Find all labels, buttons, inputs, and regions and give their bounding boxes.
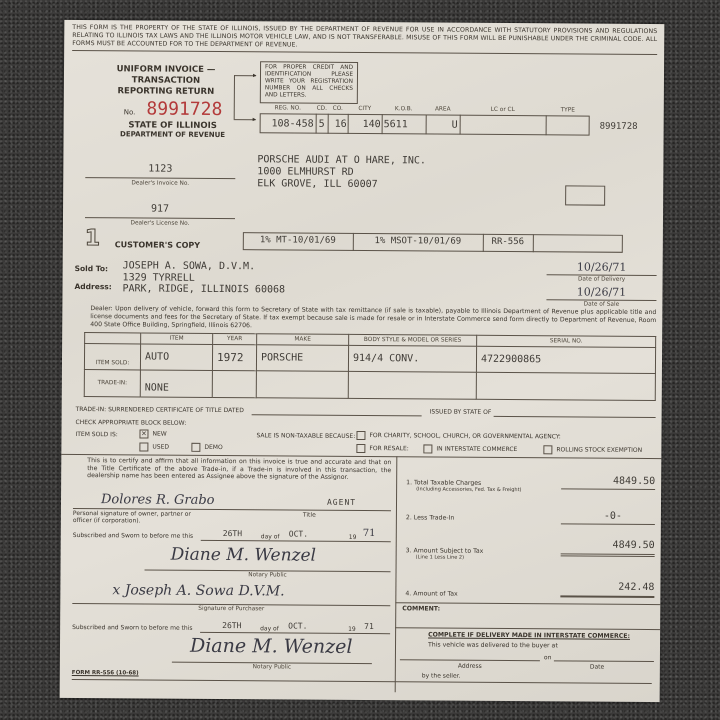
on-label: on [544,654,552,661]
sworn-label-1: Subscribed and Sworn to before me this [73,532,193,540]
address-line [400,659,540,661]
checkbox-interstate-box[interactable] [423,444,432,453]
divider [395,456,398,692]
tax-line-4: 4. Amount of Tax [405,590,457,597]
sworn-line [201,540,391,542]
co-value: 16 [329,119,347,130]
checkbox-rolling-stock-box[interactable] [543,445,552,454]
tax-line [560,595,654,598]
divider [460,115,461,135]
arrow-icon: ▸ [253,115,257,123]
dealer-invoice-label: Dealer's Invoice No. [85,180,235,187]
interstate-heading: COMPLETE IF DELIVERY MADE IN INTERSTATE … [428,631,630,639]
title-label: Title [303,512,316,519]
city-header: CITY [348,106,382,112]
dealer-city: ELK GROVE, ILL 60007 [257,178,426,191]
vehicle-table: ITEM YEAR MAKE BODY STYLE & MODEL OR SER… [84,332,656,401]
code-mt: 1% MT-10/01/69 [245,235,351,246]
item-sold-body: 914/4 CONV. [348,345,476,372]
sworn2-month: OCT. [288,621,307,630]
tax-line-1-value: 4849.50 [571,475,655,487]
col-header-year: YEAR [213,333,257,344]
buyer-address: JOSEPH A. SOWA, D.V.M. 1329 TYRRELL PARK… [122,260,285,296]
tax-line-2-value: -0- [571,510,655,522]
divider [395,627,660,630]
checkbox-resale-label: FOR RESALE: [369,445,408,452]
checkbox-rolling-stock-label: ROLLING STOCK EXEMPTION [556,446,642,454]
issued-by-label: ISSUED BY STATE OF [430,408,492,415]
item-sold-item: AUTO [140,344,212,371]
copy-number: 1 [85,226,100,251]
col-header-item: ITEM [141,333,213,345]
dealer-license-label: Dealer's License No. [85,220,235,227]
checkbox-demo[interactable]: DEMO [191,443,222,452]
trade-in-make [256,371,348,399]
tax-line-2: 2. Less Trade-In [406,514,454,521]
tax-line-3-value: 4849.50 [571,539,655,551]
blank-box [565,185,605,205]
copy-label: CUSTOMER'S COPY [115,240,200,250]
owner-signature: Dolores R. Grabo [101,492,215,508]
tax-line [561,555,655,557]
comment-label: COMMENT: [402,605,440,612]
tax-invoice-form: THIS FORM IS THE PROPERTY OF THE STATE O… [60,20,665,702]
arrow-line [234,75,235,119]
sale-date-label: Date of Sale [546,301,656,308]
delivery-date-label: Date of Delivery [547,276,657,283]
interstate-text: This vehicle was delivered to the buyer … [428,641,558,649]
tax-line-3-num: 3. [406,547,412,554]
cd-value: 5 [317,119,327,130]
buyer-name: JOSEPH A. SOWA, D.V.M. [123,260,286,273]
trade-in-year [212,370,256,397]
checkbox-resale-box[interactable] [356,444,365,453]
table-row: ITEM SOLD: AUTO 1972 PORSCHE 914/4 CONV.… [84,344,655,374]
item-sold-is-label: ITEM SOLD IS: [75,431,117,438]
no-label: No. [124,108,136,116]
reg-no-value: 108-458 [262,118,314,129]
trade-in-serial [476,372,655,400]
col-header-body: BODY STYLE & MODEL OR SERIES [349,334,477,346]
row-label-trade-in: TRADE-IN: [84,370,140,397]
area-header: AREA [426,106,460,112]
tax-line-4-value: 242.48 [570,581,654,593]
checkbox-used-box[interactable] [139,442,148,451]
check-block-label: CHECK APPROPRIATE BLOCK BELOW: [76,419,187,427]
col-header-label [85,333,141,344]
form-title-line2: REPORTING RETURN [86,86,246,98]
arrow-icon: ▸ [253,71,257,79]
department-label: DEPARTMENT OF REVENUE [108,130,238,139]
certification-text: This is to certify and affirm that all i… [87,457,391,482]
checkbox-used-label: USED [152,444,169,451]
sworn1-day: 26TH [223,529,242,538]
notary1-label: Notary Public [144,571,390,579]
tax-line-4-label: Amount of Tax [413,590,457,597]
cd-header: CD. [316,106,328,112]
divider [72,679,652,684]
tax-line-1-sub: (Including Accessories, Fed. Tax & Freig… [406,486,521,493]
date-line [554,660,654,662]
checkbox-demo-box[interactable] [191,443,200,452]
tax-line-1-num: 1. [406,479,412,486]
tax-line-1: 1. Total Taxable Charges (Including Acce… [406,479,522,493]
item-sold-make: PORSCHE [256,345,348,372]
title-dated-line [252,414,422,416]
checkbox-new-label: NEW [152,431,166,438]
divider [353,233,354,251]
kob-value: 5611 [384,119,424,130]
tradein-cert-label: TRADE-IN: SURRENDERED CERTIFICATE OF TIT… [76,406,244,414]
sworn2-year: 71 [364,622,374,631]
credit-note-box: FOR PROPER CREDIT AND IDENTIFICATION PLE… [260,61,358,104]
form-disclaimer: THIS FORM IS THE PROPERTY OF THE STATE O… [72,24,657,52]
side-form-number: 8991728 [600,122,638,132]
delivery-date: 10/26/71 [547,260,657,274]
checkbox-new-box[interactable]: × [139,429,148,438]
form-number-row: No. 8991728 [124,98,223,120]
checkbox-new[interactable]: ×NEW [139,429,166,438]
item-sold-year: 1972 [212,344,256,370]
reg-header: REG. NO. [260,105,316,111]
sworn1-year: 71 [363,528,376,539]
checkbox-used[interactable]: USED [139,442,169,451]
address-caption: Address [458,663,482,670]
state-department: STATE OF ILLINOIS DEPARTMENT OF REVENUE [108,120,238,139]
col-header-make: MAKE [257,334,349,346]
sworn1-month: OCT. [289,529,308,538]
form-number: 8991728 [146,98,222,120]
trade-in-item: NONE [140,370,212,398]
co-header: CO. [328,106,348,112]
city-value: 140 [349,119,381,130]
form-title: UNIFORM INVOICE — TRANSACTION REPORTING … [86,64,246,98]
divider [382,114,383,134]
sworn2-day: 26TH [222,621,241,630]
kob-header: K.O.B. [382,106,426,112]
code-msot: 1% MSOT-10/01/69 [355,236,481,247]
table-row: TRADE-IN: NONE [84,370,655,401]
lc-header: LC or CL [460,107,546,114]
tax-line-2-num: 2. [406,514,412,521]
tax-line-4-num: 4. [405,590,411,597]
checkbox-demo-label: DEMO [204,444,222,451]
dealer-invoice-no: 1123 [85,163,235,175]
notary2-label: Notary Public [172,664,372,671]
row-label-item-sold: ITEM SOLD: [84,344,140,370]
tax-line-2-label: Less Trade-In [414,514,455,521]
checkbox-resale[interactable]: FOR RESALE: [356,444,408,453]
item-sold-serial: 4722900865 [476,346,655,373]
purchaser-signature: x Joseph A. Sowa D.V.M. [112,582,284,599]
tax-line-3: 3. Amount Subject to Tax (Line 1 Less Li… [406,547,484,561]
divider [546,115,547,135]
nontaxable-label: SALE IS NON-TAXABLE BECAUSE: [256,432,355,440]
dealer-instructions: Dealer: Upon delivery of vehicle, forwar… [90,305,656,333]
address-label: Address: [74,282,111,291]
area-value: U [427,119,458,130]
purchaser-label: Signature of Purchaser [72,605,390,613]
form-id: FORM RR-556 (10-68) [72,670,139,676]
by-seller-label: by the seller. [422,672,461,679]
checkbox-rolling-stock[interactable]: ROLLING STOCK EXEMPTION [543,445,642,455]
checkbox-charity[interactable]: FOR CHARITY, SCHOOL, CHURCH, OR GOVERNME… [356,431,560,441]
sworn-line [200,632,390,634]
nineteen-label-1: 19 [349,534,357,541]
owner-title: AGENT [327,498,356,507]
date-caption: Date [590,664,604,671]
checkbox-charity-label: FOR CHARITY, SCHOOL, CHURCH, OR GOVERNME… [369,432,560,440]
checkbox-interstate[interactable]: IN INTERSTATE COMMERCE [423,444,517,454]
dealer-address: PORSCHE AUDI AT O HARE, INC. 1000 ELMHUR… [257,154,426,191]
trade-in-body [348,371,476,399]
sold-to-label: Sold To: [75,264,108,273]
divider [533,234,534,252]
sworn-label-2: Subscribed and Sworn to before me this [72,624,192,632]
notary1-signature: Diane M. Wenzel [171,545,317,566]
notary2-signature: Diane M. Wenzel [190,635,353,658]
dealer-license-no: 917 [85,203,235,215]
checkbox-interstate-label: IN INTERSTATE COMMERCE [436,446,517,454]
form-title-line1: UNIFORM INVOICE — TRANSACTION [86,64,246,87]
buyer-city: PARK, RIDGE, ILLINOIS 60068 [122,283,285,296]
divider [85,217,235,219]
sale-date: 10/26/71 [546,285,656,299]
checkbox-charity-box[interactable] [356,431,365,440]
issued-by-line [494,416,656,418]
owner-signature-label: Personal signature of owner, partner or … [73,510,193,525]
tax-line [561,523,655,525]
tax-line [561,488,655,490]
divider [85,177,235,179]
nineteen-label-2: 19 [348,626,356,633]
code-rr: RR-556 [484,237,532,247]
type-header: TYPE [546,107,590,113]
tax-line-3-sub: (Line 1 Less Line 2) [406,554,484,561]
